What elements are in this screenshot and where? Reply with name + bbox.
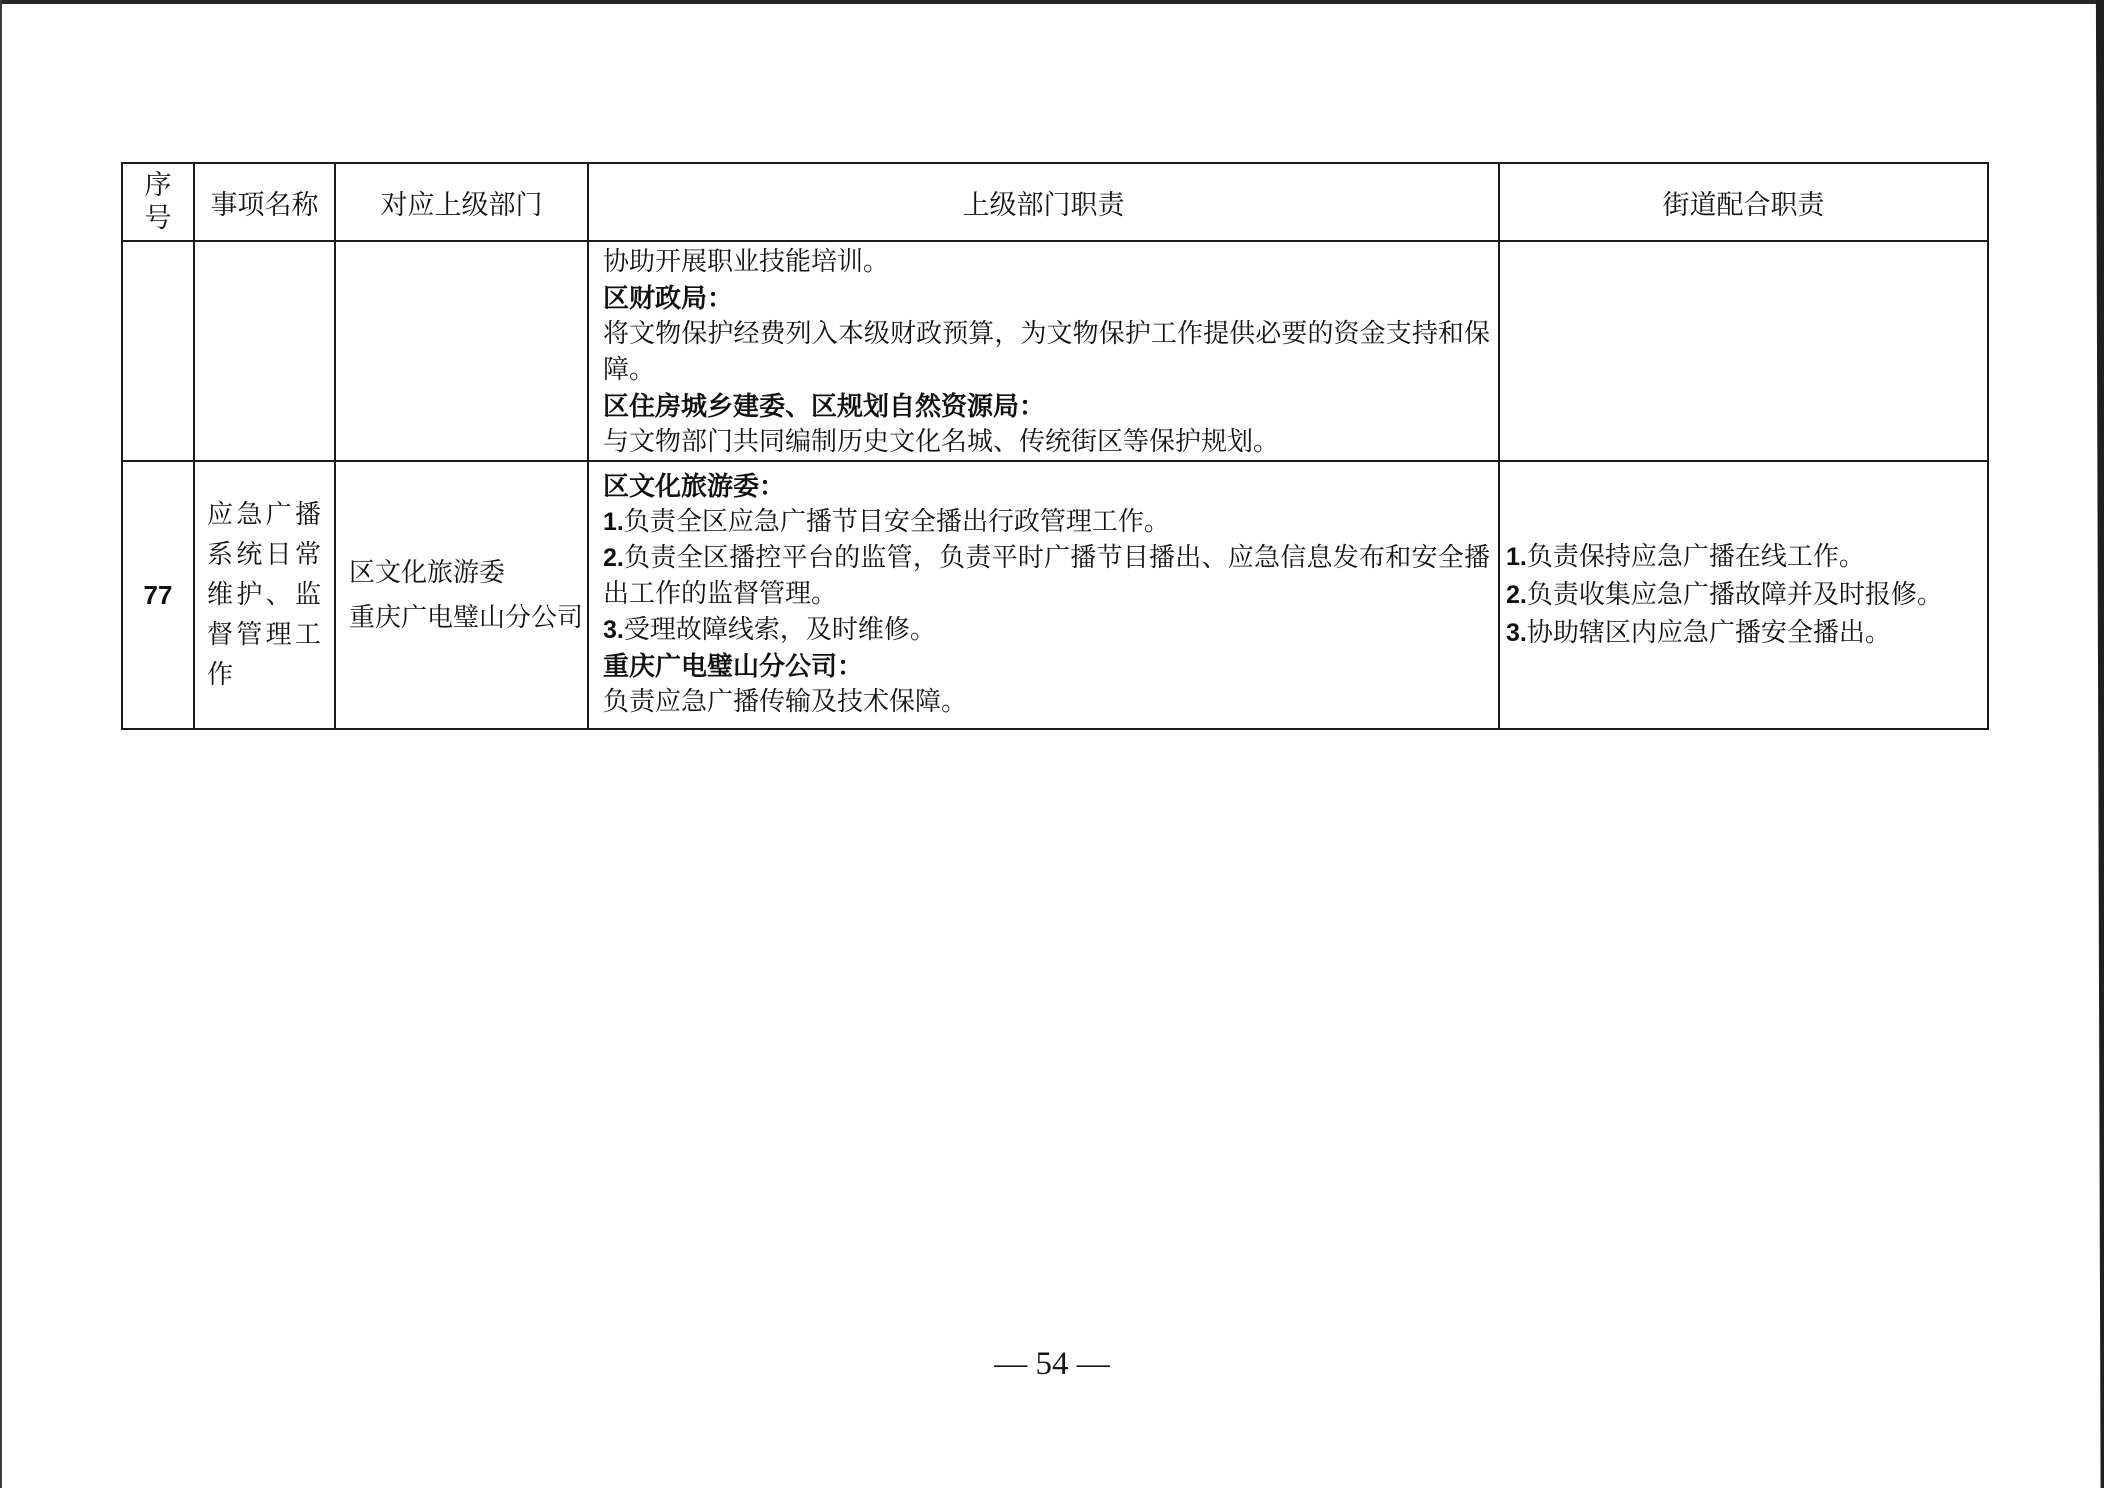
list-number: 1. (1506, 543, 1527, 571)
seq-line: 序 (123, 169, 193, 202)
list-number: 2. (1506, 581, 1527, 609)
dept-line: 区文化旅游委 (349, 550, 583, 595)
page-number: — 54 — (0, 1346, 2104, 1383)
header-item-name: 事项名称 (194, 163, 335, 241)
cell-street-duties: 1.负责保持应急广播在线工作。2.负责收集应急广播故障并及时报修。3.协助辖区内… (1499, 461, 1988, 729)
header-superior-duties: 上级部门职责 (588, 163, 1499, 241)
item-name-line: 作 (207, 655, 321, 695)
duty-line: 2.负责全区播控平台的监管，负责平时广播节目播出、应急信息发布和安全播出工作的监… (603, 540, 1490, 612)
header-department: 对应上级部门 (335, 163, 588, 241)
superior-duties-text: 协助开展职业技能培训。区财政局：将文物保护经费列入本级财政预算，为文物保护工作提… (603, 244, 1490, 460)
street-line: 2.负责收集应急广播故障并及时报修。 (1506, 576, 1983, 614)
duty-line: 3.受理故障线索，及时维修。 (603, 612, 1490, 648)
duty-line: 将文物保护经费列入本级财政预算，为文物保护工作提供必要的资金支持和保障。 (603, 316, 1490, 388)
cell-item-name: 应急广播系统日常维护、监督管理工作 (194, 461, 335, 729)
document-page: { "page": { "number_label": "— 54 —" }, … (0, 0, 2104, 1488)
duty-line: 协助开展职业技能培训。 (603, 244, 1490, 280)
table-header-row: 序号 事项名称 对应上级部门 上级部门职责 街道配合职责 (122, 163, 1988, 241)
cell-street-empty (1499, 241, 1988, 461)
duty-line: 1.负责全区应急广播节目安全播出行政管理工作。 (603, 504, 1490, 540)
duty-line: 与文物部门共同编制历史文化名城、传统街区等保护规划。 (603, 424, 1490, 460)
item-name-line: 维护、监 (207, 575, 321, 615)
table-row-77: 77 应急广播系统日常维护、监督管理工作 区文化旅游委重庆广电璧山分公司 区文化… (122, 461, 1988, 729)
street-line: 3.协助辖区内应急广播安全播出。 (1506, 614, 1983, 652)
table-row-continuation: 协助开展职业技能培训。区财政局：将文物保护经费列入本级财政预算，为文物保护工作提… (122, 241, 1988, 461)
responsibility-table: 序号 事项名称 对应上级部门 上级部门职责 街道配合职责 协助开展职业技能培训。… (121, 162, 1989, 730)
header-seq-lines: 序号 (123, 169, 193, 235)
cell-superior-duties-continuation: 协助开展职业技能培训。区财政局：将文物保护经费列入本级财政预算，为文物保护工作提… (588, 241, 1499, 461)
departments-text: 区文化旅游委重庆广电璧山分公司 (349, 550, 583, 640)
scan-edge-right (2095, 0, 2104, 1488)
street-line: 1.负责保持应急广播在线工作。 (1506, 538, 1983, 576)
header-street-duties: 街道配合职责 (1499, 163, 1988, 241)
scan-edge-left (0, 0, 2, 1488)
duty-line: 负责应急广播传输及技术保障。 (603, 684, 1490, 720)
superior-duties-text: 区文化旅游委：1.负责全区应急广播节目安全播出行政管理工作。2.负责全区播控平台… (603, 468, 1490, 720)
list-number: 3. (1506, 619, 1527, 647)
list-number: 2. (603, 544, 624, 572)
duty-line: 区住房城乡建委、区规划自然资源局： (603, 388, 1490, 424)
list-number: 3. (603, 616, 624, 644)
item-name-text: 应急广播系统日常维护、监督管理工作 (207, 495, 321, 695)
street-duties-text: 1.负责保持应急广播在线工作。2.负责收集应急广播故障并及时报修。3.协助辖区内… (1506, 538, 1983, 652)
cell-superior-duties: 区文化旅游委：1.负责全区应急广播节目安全播出行政管理工作。2.负责全区播控平台… (588, 461, 1499, 729)
cell-item-empty (194, 241, 335, 461)
item-name-line: 应急广播 (207, 495, 321, 535)
cell-department-empty (335, 241, 588, 461)
duty-line: 重庆广电璧山分公司： (603, 648, 1490, 684)
cell-seq-number: 77 (122, 461, 194, 729)
list-number: 1. (603, 508, 624, 536)
scan-edge-top (0, 0, 2104, 4)
duty-line: 区财政局： (603, 280, 1490, 316)
seq-line: 号 (123, 202, 193, 235)
dept-line: 重庆广电璧山分公司 (349, 595, 583, 640)
cell-departments: 区文化旅游委重庆广电璧山分公司 (335, 461, 588, 729)
header-seq: 序号 (122, 163, 194, 241)
cell-seq-empty (122, 241, 194, 461)
item-name-line: 系统日常 (207, 535, 321, 575)
duty-line: 区文化旅游委： (603, 468, 1490, 504)
item-name-line: 督管理工 (207, 615, 321, 655)
